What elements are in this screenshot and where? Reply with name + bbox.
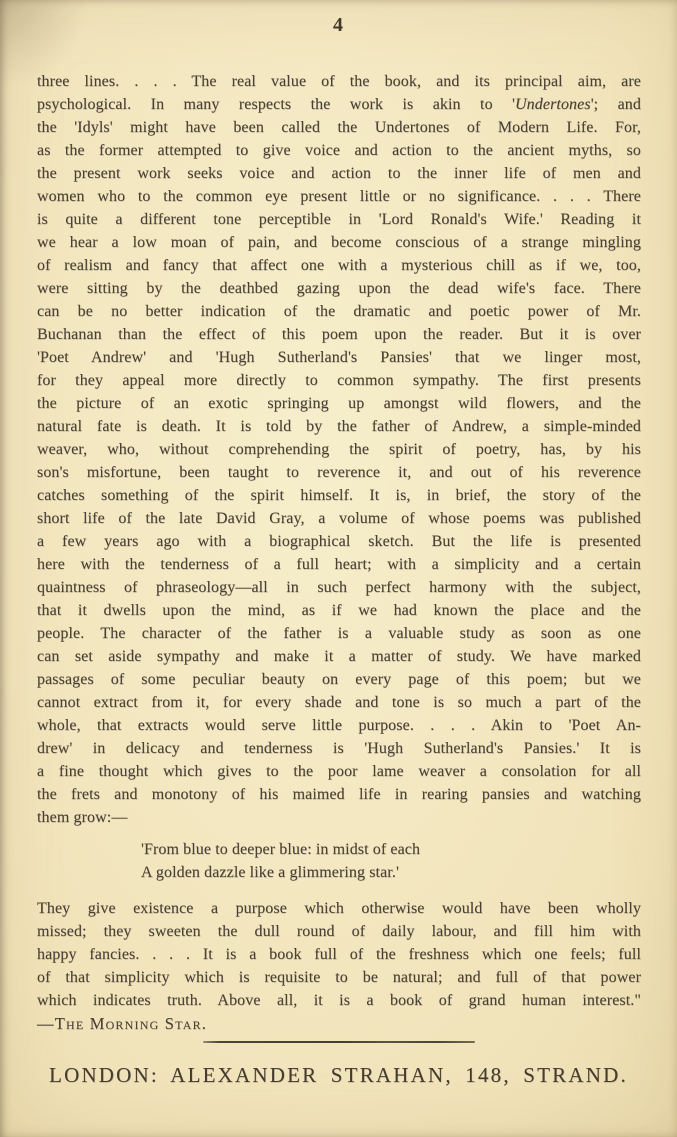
text-line: for they appeal more directly to common … bbox=[37, 369, 641, 392]
footer-rule bbox=[203, 1041, 475, 1043]
text-line: them grow:— bbox=[37, 806, 641, 829]
review-paragraph-1: three lines. . . . The real value of the… bbox=[37, 70, 641, 829]
text-line: 'Poet Andrew' and 'Hugh Sutherland's Pan… bbox=[37, 346, 641, 369]
text-line: happy fancies. . . . It is a book full o… bbox=[37, 943, 641, 966]
review-text: three lines. . . . The real value of the… bbox=[37, 70, 641, 1035]
text-line: cannot extract from it, for every shade … bbox=[37, 691, 641, 714]
review-paragraph-2: They give existence a purpose which othe… bbox=[37, 897, 641, 1012]
text-line: a few years ago with a biographical sket… bbox=[37, 530, 641, 553]
text-line: passages of some peculiar beauty on ever… bbox=[37, 668, 641, 691]
text-line: which indicates truth. Above all, it is … bbox=[37, 989, 641, 1012]
text-line: a fine thought which gives to the poor l… bbox=[37, 760, 641, 783]
publisher-imprint: LONDON: ALEXANDER STRAHAN, 148, STRAND. bbox=[0, 1063, 677, 1088]
text-line: of realism and fancy that affect one wit… bbox=[37, 254, 641, 277]
text-line: 'From blue to deeper blue: in midst of e… bbox=[141, 838, 641, 861]
book-page: 4 three lines. . . . The real value of t… bbox=[0, 0, 677, 1137]
page-footer: LONDON: ALEXANDER STRAHAN, 148, STRAND. bbox=[0, 1041, 677, 1088]
text-line: They give existence a purpose which othe… bbox=[37, 897, 641, 920]
text-line: the present work seeks voice and action … bbox=[37, 162, 641, 185]
text-line: here with the tenderness of a full heart… bbox=[37, 553, 641, 576]
text-line: the 'Idyls' might have been called the U… bbox=[37, 116, 641, 139]
text-line: son's misfortune, been taught to reveren… bbox=[37, 461, 641, 484]
text-line: women who to the common eye present litt… bbox=[37, 185, 641, 208]
text-line: catches something of the spirit himself.… bbox=[37, 484, 641, 507]
text-line: drew' in delicacy and tenderness is 'Hug… bbox=[37, 737, 641, 760]
text-line: A golden dazzle like a glimmering star.' bbox=[141, 861, 641, 884]
text-line: people. The character of the father is a… bbox=[37, 622, 641, 645]
text-line: natural fate is death. It is told by the… bbox=[37, 415, 641, 438]
text-line: the picture of an exotic springing up am… bbox=[37, 392, 641, 415]
text-line: that it dwells upon the mind, as if we h… bbox=[37, 599, 641, 622]
text-line: can set aside sympathy and make it a mat… bbox=[37, 645, 641, 668]
text-line: of that simplicity which is requisite to… bbox=[37, 966, 641, 989]
text-line: as the former attempted to give voice an… bbox=[37, 139, 641, 162]
text-line: Buchanan than the effect of this poem up… bbox=[37, 323, 641, 346]
text-line: missed; they sweeten the dull round of d… bbox=[37, 920, 641, 943]
text-line: psychological. In many respects the work… bbox=[37, 93, 641, 116]
text-line: is quite a different tone perceptible in… bbox=[37, 208, 641, 231]
text-line: three lines. . . . The real value of the… bbox=[37, 70, 641, 93]
text-line: quaintness of phraseology—all in such pe… bbox=[37, 576, 641, 599]
text-line: can be no better indication of the drama… bbox=[37, 300, 641, 323]
verse-quote: 'From blue to deeper blue: in midst of e… bbox=[141, 838, 641, 884]
page-number: 4 bbox=[0, 14, 677, 37]
text-line: were sitting by the deathbed gazing upon… bbox=[37, 277, 641, 300]
text-line: we hear a low moan of pain, and become c… bbox=[37, 231, 641, 254]
text-line: weaver, who, without comprehending the s… bbox=[37, 438, 641, 461]
text-line: short life of the late David Gray, a vol… bbox=[37, 507, 641, 530]
text-line: whole, that extracts would serve little … bbox=[37, 714, 641, 737]
text-line: the frets and monotony of his maimed lif… bbox=[37, 783, 641, 806]
review-attribution: —The Morning Star. bbox=[37, 1012, 641, 1035]
